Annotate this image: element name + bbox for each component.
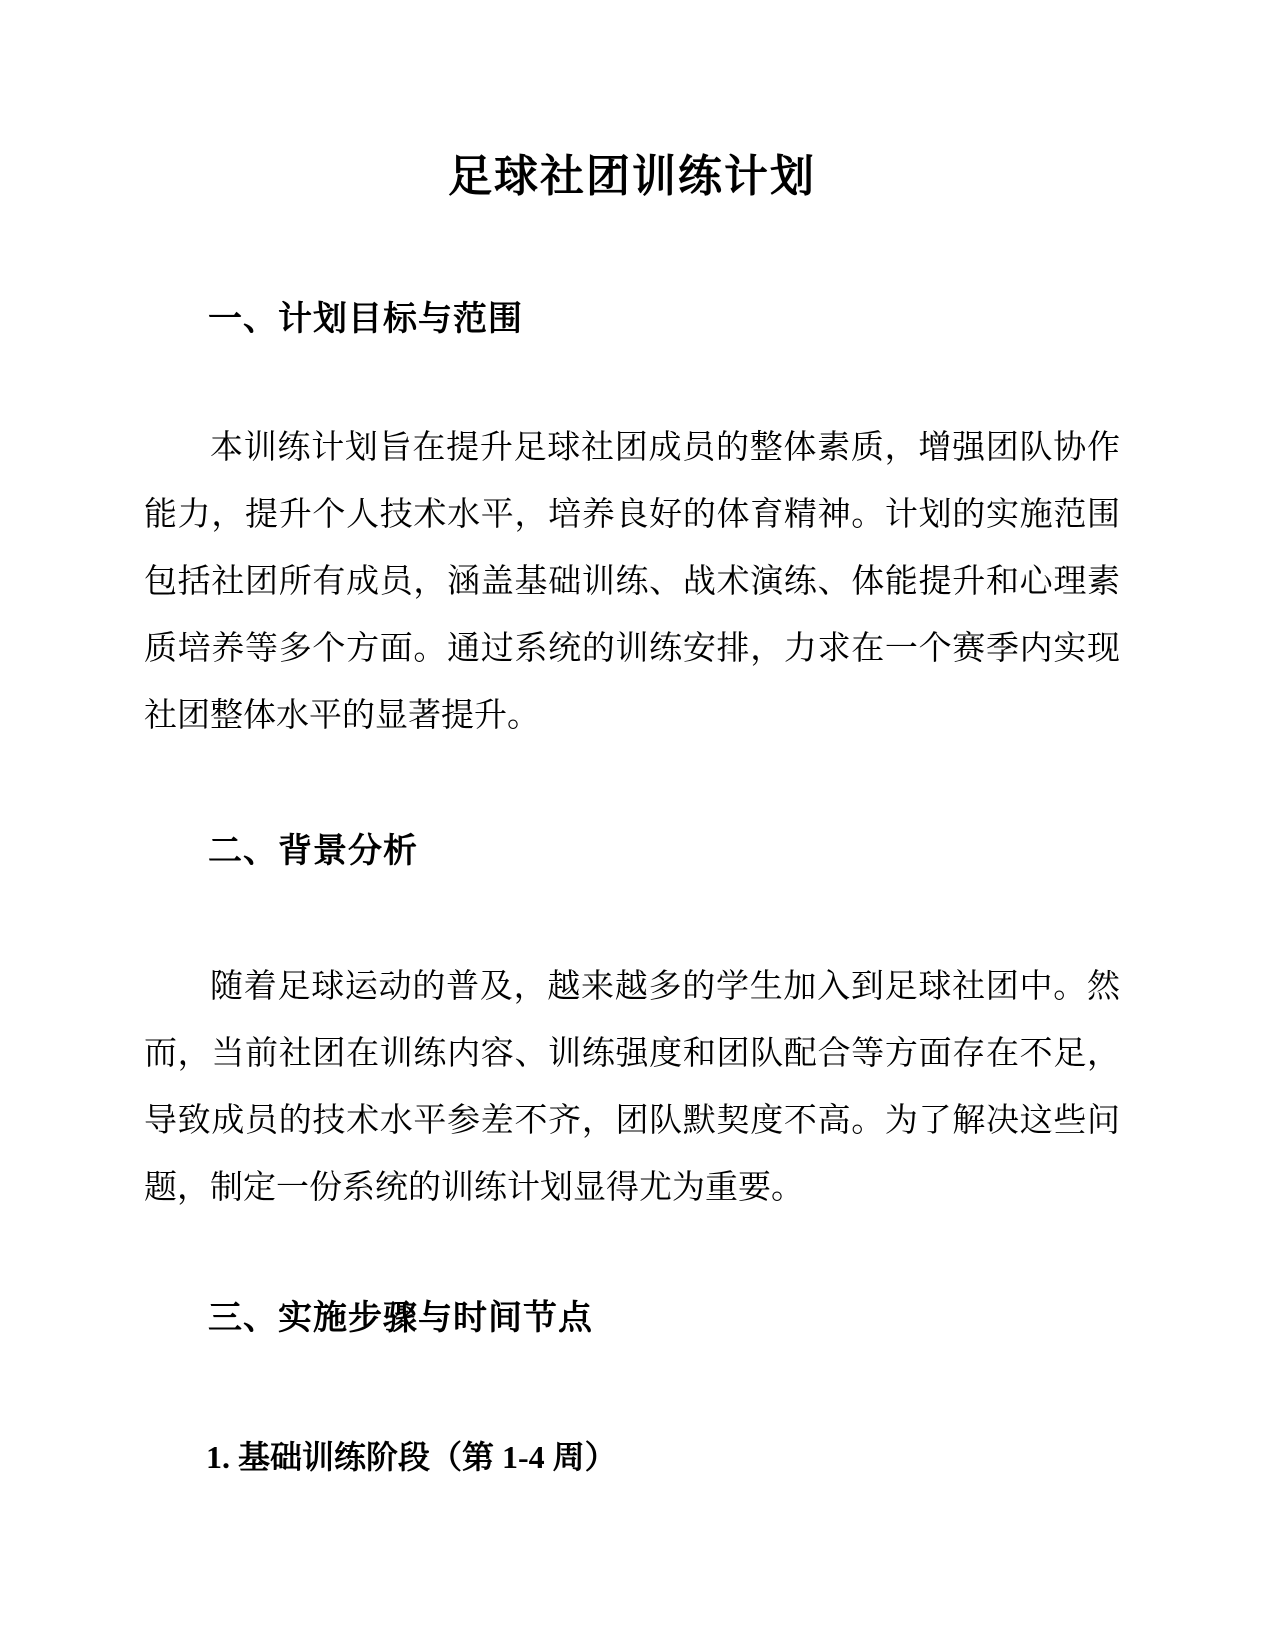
paragraph-line: 本训练计划旨在提升足球社团成员的整体素质，增强团队协作 [144, 415, 1120, 482]
document-title: 足球社团训练计划 [144, 150, 1120, 203]
document-page: 足球社团训练计划 一、计划目标与范围 本训练计划旨在提升足球社团成员的整体素质，… [0, 0, 1275, 1650]
paragraph-line: 题，制定一份系统的训练计划显得尤为重要。 [144, 1155, 1120, 1222]
section-heading-background: 二、背景分析 [208, 830, 1120, 872]
paragraph-background: 随着足球运动的普及，越来越多的学生加入到足球社团中。然 而，当前社团在训练内容、… [144, 954, 1120, 1222]
paragraph-goals: 本训练计划旨在提升足球社团成员的整体素质，增强团队协作 能力，提升个人技术水平，… [144, 415, 1120, 750]
section-heading-steps: 三、实施步骤与时间节点 [208, 1297, 1120, 1339]
section-heading-goals: 一、计划目标与范围 [208, 298, 1120, 340]
paragraph-line: 包括社团所有成员，涵盖基础训练、战术演练、体能提升和心理素 [144, 549, 1120, 616]
subsection-heading-basic-training: 1. 基础训练阶段（第 1-4 周） [206, 1435, 1120, 1480]
paragraph-line: 而，当前社团在训练内容、训练强度和团队配合等方面存在不足， [144, 1021, 1120, 1088]
paragraph-line: 质培养等多个方面。通过系统的训练安排，力求在一个赛季内实现 [144, 616, 1120, 683]
paragraph-line: 社团整体水平的显著提升。 [144, 683, 1120, 750]
paragraph-line: 随着足球运动的普及，越来越多的学生加入到足球社团中。然 [144, 954, 1120, 1021]
paragraph-line: 导致成员的技术水平参差不齐，团队默契度不高。为了解决这些问 [144, 1088, 1120, 1155]
paragraph-line: 能力，提升个人技术水平，培养良好的体育精神。计划的实施范围 [144, 482, 1120, 549]
